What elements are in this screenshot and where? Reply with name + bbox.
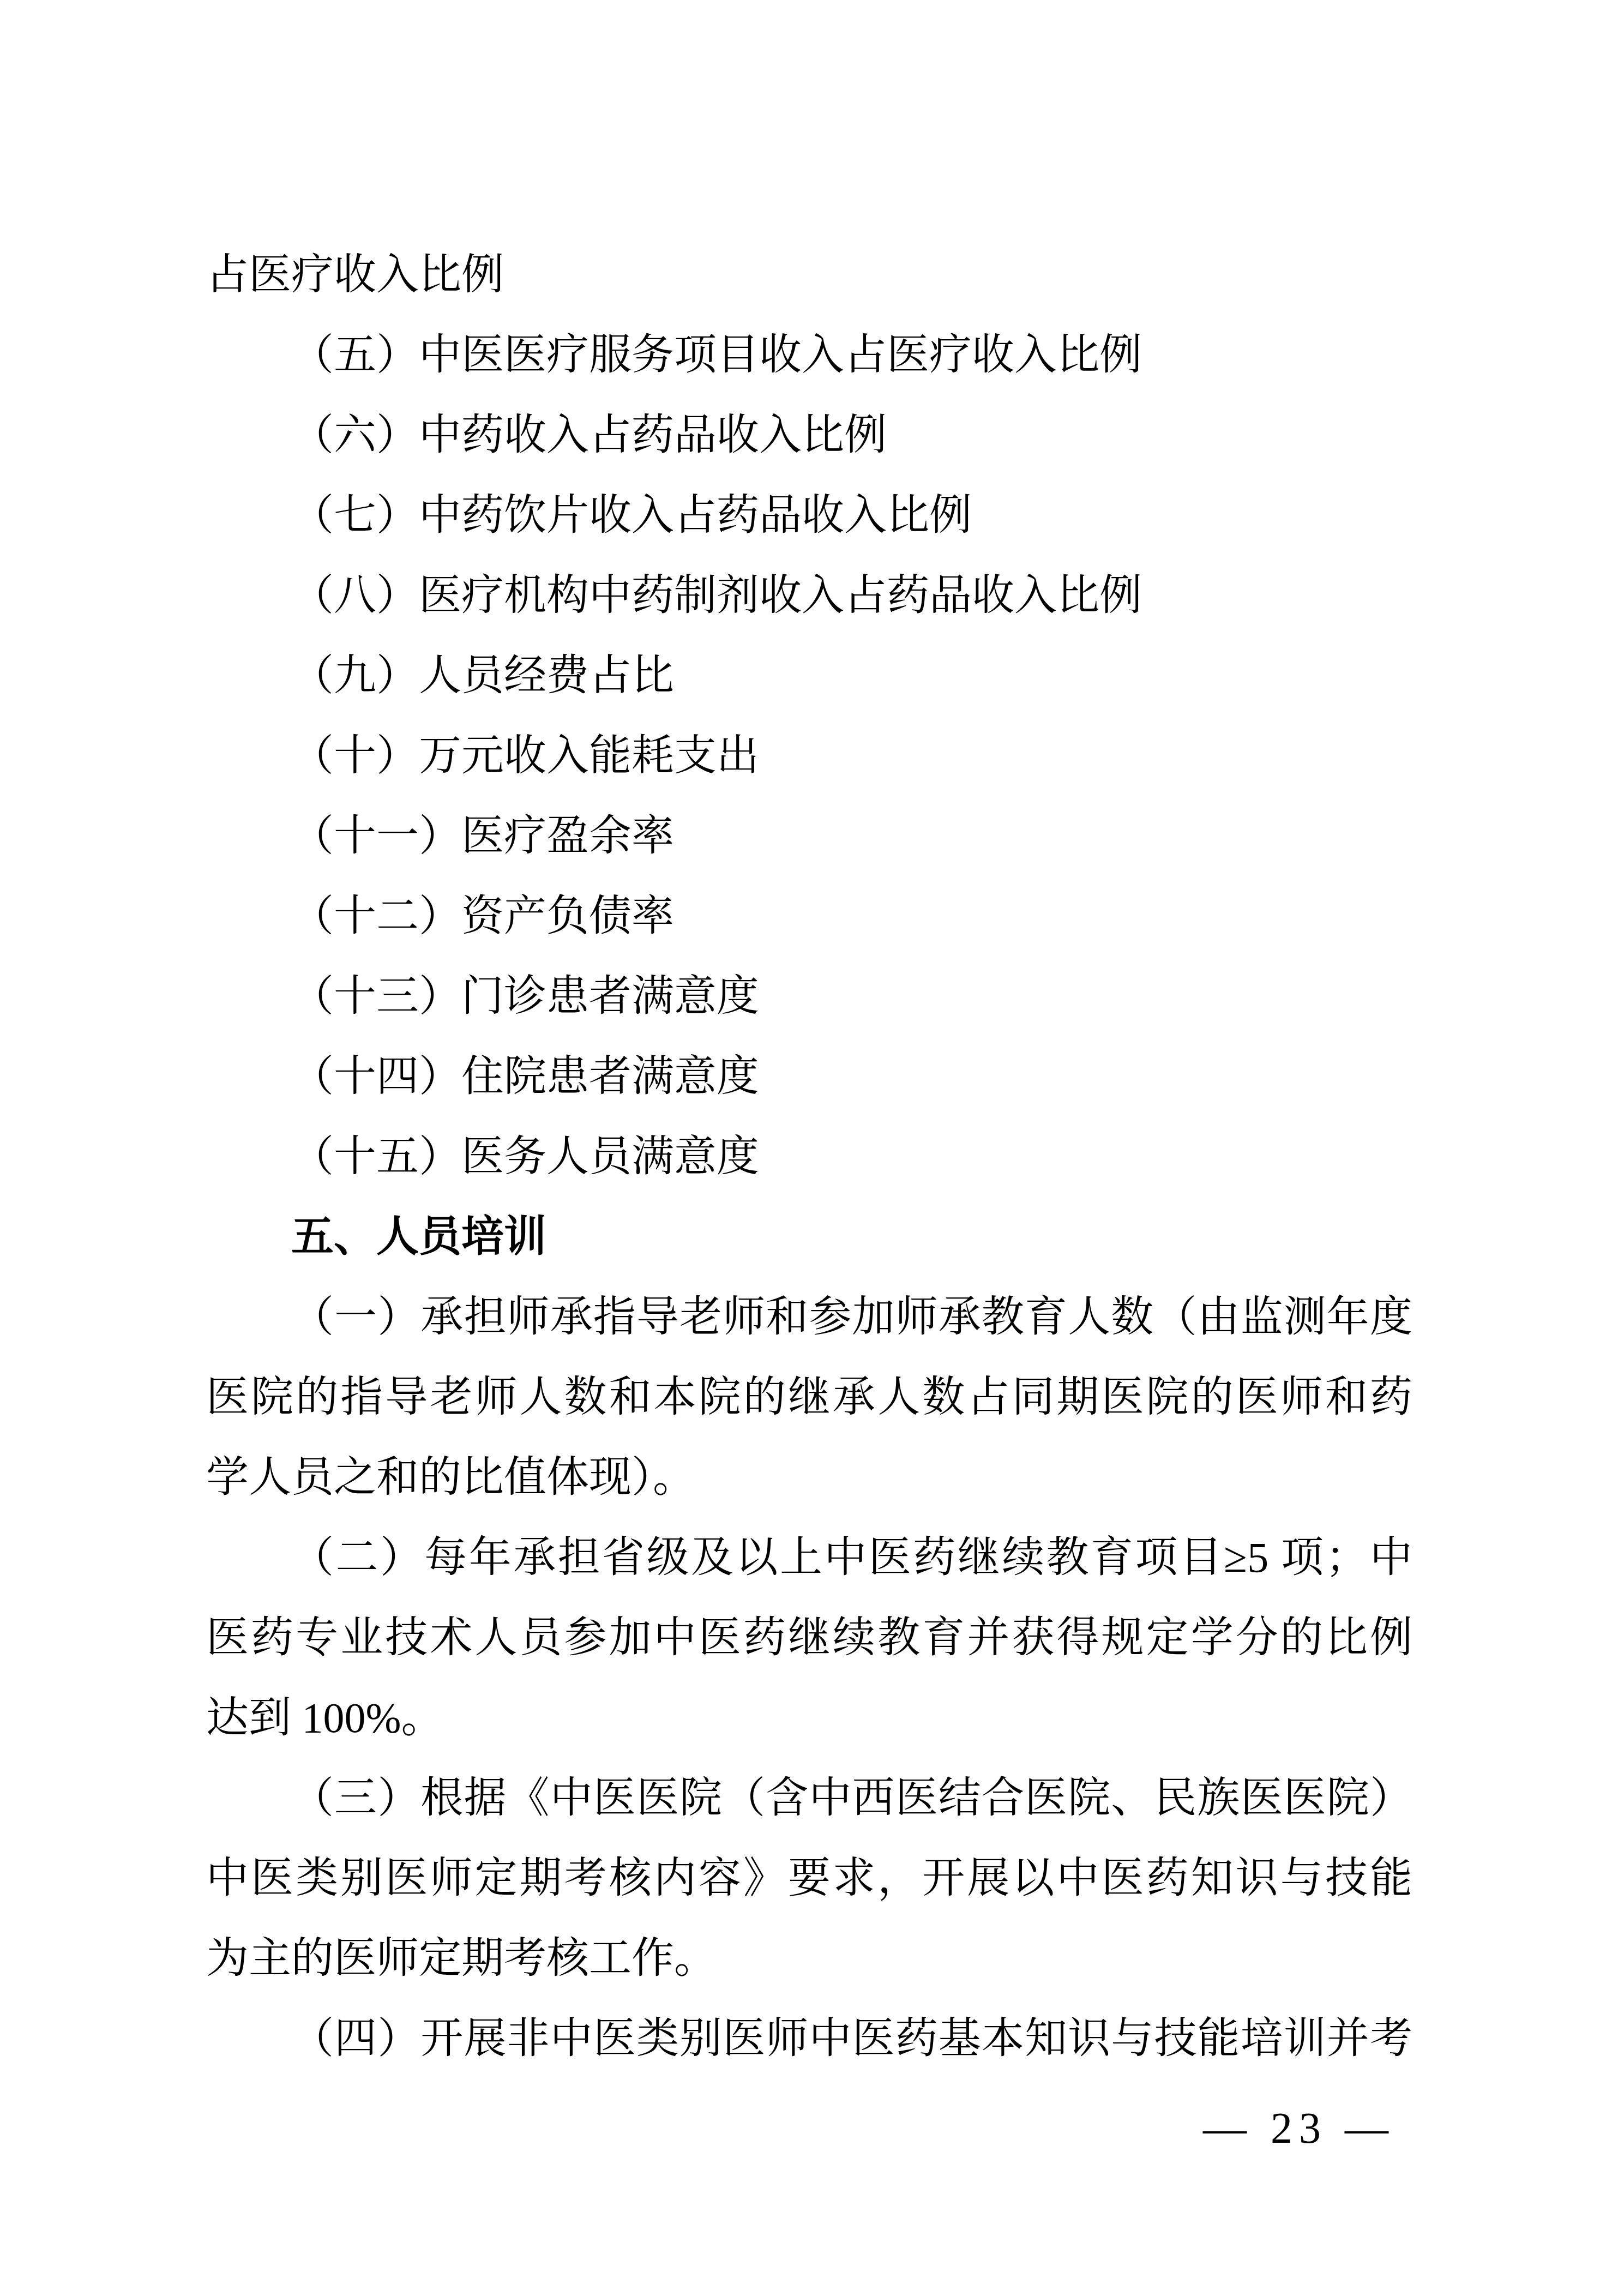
list-item: （十五）医务人员满意度 — [206, 1116, 1412, 1197]
list-item: （六）中药收入占药品收入比例 — [206, 395, 1412, 475]
body-line: 中医类别医师定期考核内容》要求，开展以中医药知识与技能 — [206, 1838, 1412, 1918]
list-item: （七）中药饮片收入占药品收入比例 — [206, 475, 1412, 555]
section-heading: 五、人员培训 — [206, 1197, 1412, 1277]
document-page: 占医疗收入比例 （五）中医医疗服务项目收入占医疗收入比例 （六）中药收入占药品收… — [0, 0, 1624, 2296]
body-line: （一）承担师承指导老师和参加师承教育人数（由监测年度 — [206, 1277, 1412, 1357]
list-item: （十一）医疗盈余率 — [206, 796, 1412, 876]
body-line: 学人员之和的比值体现）。 — [206, 1437, 1412, 1517]
paragraph-tail-line: 占医疗收入比例 — [206, 235, 1412, 315]
list-item: （十）万元收入能耗支出 — [206, 716, 1412, 796]
body-line: 达到 100%。 — [206, 1678, 1412, 1758]
document-body: 占医疗收入比例 （五）中医医疗服务项目收入占医疗收入比例 （六）中药收入占药品收… — [206, 235, 1412, 2078]
list-item: （十二）资产负债率 — [206, 876, 1412, 956]
list-item: （八）医疗机构中药制剂收入占药品收入比例 — [206, 555, 1412, 635]
body-line: （二）每年承担省级及以上中医药继续教育项目≥5 项；中 — [206, 1517, 1412, 1597]
page-number: — 23 — — [1203, 2099, 1395, 2159]
list-item: （九）人员经费占比 — [206, 635, 1412, 716]
body-line: （三）根据《中医医院（含中西医结合医院、民族医医院） — [206, 1758, 1412, 1838]
list-item: （五）中医医疗服务项目收入占医疗收入比例 — [206, 315, 1412, 395]
body-line: 医院的指导老师人数和本院的继承人数占同期医院的医师和药 — [206, 1357, 1412, 1437]
list-item: （十三）门诊患者满意度 — [206, 956, 1412, 1036]
body-line: 医药专业技术人员参加中医药继续教育并获得规定学分的比例 — [206, 1597, 1412, 1678]
list-item: （十四）住院患者满意度 — [206, 1036, 1412, 1116]
body-line: （四）开展非中医类别医师中医药基本知识与技能培训并考 — [206, 1998, 1412, 2078]
body-line: 为主的医师定期考核工作。 — [206, 1918, 1412, 1998]
